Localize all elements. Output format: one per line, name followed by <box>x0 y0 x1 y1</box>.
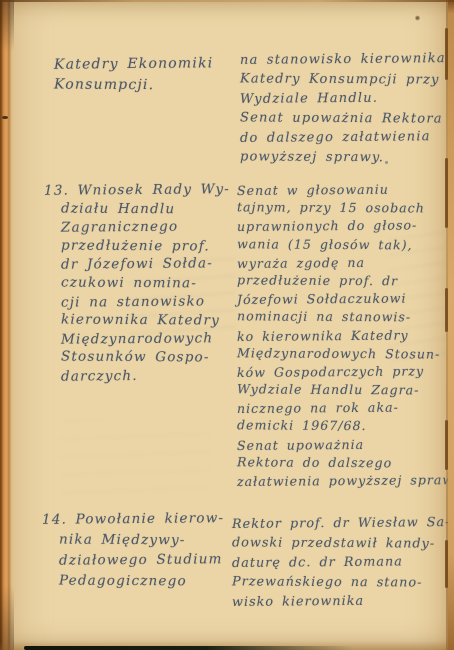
paper-speck <box>415 15 420 21</box>
handwritten-line: przedłużenie prof. dr <box>237 271 454 291</box>
ink-showthrough-patch <box>60 420 210 504</box>
handwritten-line: Zagranicznego <box>44 217 230 237</box>
handwritten-line: Rektora do dalszego <box>237 453 454 473</box>
handwritten-line: Senat upoważnia <box>237 435 454 455</box>
ink-speck <box>385 161 388 164</box>
handwritten-line: przedłużenie prof. <box>44 236 230 256</box>
ink-speck <box>2 116 8 119</box>
handwritten-line: dr Józefowi Sołda- <box>44 255 230 275</box>
handwritten-line: Międzynarodowych <box>44 329 230 349</box>
handwritten-line: cji na stanowisko <box>44 292 230 312</box>
handwritten-line: Katedry Konsumpcji przy <box>240 69 446 90</box>
handwritten-line: powyższej sprawy. <box>240 147 446 168</box>
handwritten-line: darczych. <box>44 366 230 386</box>
handwritten-line: tajnym, przy 15 osobach <box>237 198 454 218</box>
handwritten-line: Wydziale Handlu Zagra- <box>237 380 454 400</box>
handwritten-line: do dalszego załatwienia <box>240 127 446 148</box>
handwritten-line: załatwienia powyższej sprawy. <box>237 471 454 491</box>
entry-12-right-column: na stanowisko kierownika Katedry Konsump… <box>240 50 446 168</box>
handwritten-line: Przewańskiego na stano- <box>232 572 451 593</box>
scanned-document-page: Katedry Ekonomiki Konsumpcji. na stanowi… <box>0 0 454 650</box>
handwritten-line: Stosunków Gospo- <box>44 348 230 368</box>
handwritten-line: nominacji na stanowis- <box>237 308 454 328</box>
handwritten-line: Wydziale Handlu. <box>240 88 446 109</box>
handwritten-line: Senat w głosowaniu <box>237 180 454 200</box>
handwritten-line: Pedagogicznego <box>42 570 224 592</box>
handwritten-line: czukowi nomina- <box>44 273 230 293</box>
background-gap <box>24 646 354 650</box>
handwritten-line: 13. Wniosek Rady Wy- <box>44 180 230 200</box>
handwritten-line: Międzynarodowych Stosun- <box>237 344 454 364</box>
handwritten-line: uprawnionych do głoso- <box>237 216 454 236</box>
handwritten-line: Konsumpcji. <box>54 75 214 97</box>
handwritten-line: na stanowisko kierownika <box>240 49 446 70</box>
handwritten-line: nika Międzywy- <box>42 529 224 551</box>
handwritten-line: wisko kierownika <box>232 591 451 612</box>
handwritten-line: ków Gospodarczych przy <box>237 362 454 382</box>
handwritten-line: Katedry Ekonomiki <box>54 53 214 75</box>
handwritten-line: Rektor prof. dr Wiesław Sa- <box>232 513 451 534</box>
handwritten-line: nicznego na rok aka- <box>237 398 454 418</box>
handwritten-line: daturę dc. dr Romana <box>232 552 451 573</box>
handwritten-line: wania (15 głosów tak), <box>237 235 454 255</box>
handwritten-line: kierownika Katedry <box>44 311 230 331</box>
next-page-edge <box>448 0 454 650</box>
entry-13-right-column: Senat w głosowaniu tajnym, przy 15 osoba… <box>237 181 454 490</box>
handwritten-line: ko kierownika Katedry <box>237 326 454 346</box>
handwritten-line: 14. Powołanie kierow- <box>42 508 224 530</box>
handwritten-line: demicki 1967/68. <box>237 417 454 437</box>
entry-12-left-column: Katedry Ekonomiki Konsumpcji. <box>54 54 213 96</box>
handwritten-line: wyraża zgodę na <box>237 253 454 273</box>
handwritten-line: Senat upoważnia Rektora <box>240 108 446 129</box>
binding-shadow <box>0 0 14 650</box>
entry-14-left-column: 14. Powołanie kierow- nika Międzywy- dzi… <box>42 509 224 591</box>
handwritten-line: działu Handlu <box>44 199 230 219</box>
handwritten-line: działowego Studium <box>42 549 224 571</box>
page-top-edge <box>0 0 454 2</box>
handwritten-line: Józefowi Sołdaczukowi <box>237 289 454 309</box>
entry-14-right-column: Rektor prof. dr Wiesław Sa- dowski przed… <box>232 514 450 612</box>
entry-13-left-column: 13. Wniosek Rady Wy- działu Handlu Zagra… <box>44 181 230 386</box>
handwritten-line: dowski przedstawił kandy- <box>232 533 451 554</box>
